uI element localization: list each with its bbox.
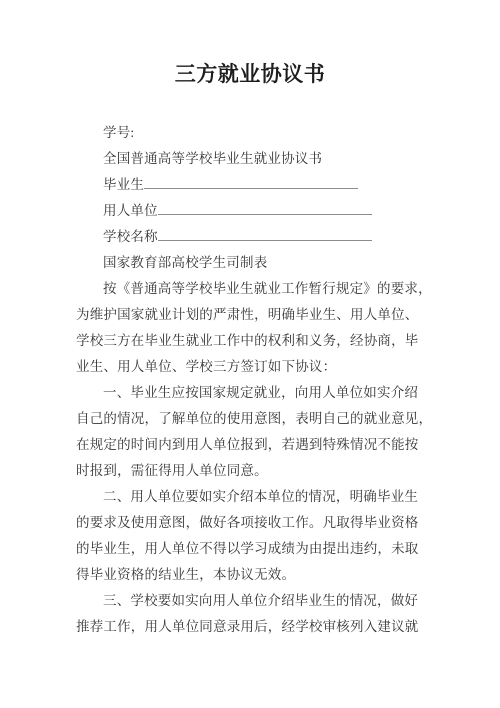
employer-blank-underline (158, 199, 372, 215)
text-line: 推荐工作，用人单位同意录用后，经学校审核列入建议就 (76, 614, 448, 640)
text-line: 的要求及使用意图，做好各项接收工作。凡取得毕业资格 (76, 510, 448, 536)
graduate-blank-underline (144, 173, 358, 189)
text-line: 的毕业生，用人单位不得以学习成绩为由提出违约，未取 (76, 536, 448, 562)
text-line: 在规定的时间内到用人单位报到，若遇到特殊情况不能按 (76, 432, 448, 458)
school-name-field-row: 学校名称 (76, 224, 448, 250)
text-line: 业生、用人单位、学校三方签订如下协议： (76, 354, 448, 380)
text-line: 学号: (76, 120, 448, 146)
text-line: 为维护国家就业计划的严肃性，明确毕业生、用人单位、 (76, 302, 448, 328)
text-line: 得毕业资格的结业生，本协议无效。 (76, 562, 448, 588)
text-line: 一、毕业生应按国家规定就业，向用人单位如实介绍 (76, 380, 448, 406)
document-page: 三方就业协议书 学号:全国普通高等学校毕业生就业协议书毕业生用人单位学校名称国家… (0, 0, 500, 708)
graduate-field-row: 毕业生 (76, 172, 448, 198)
school-name-field-label: 学校名称 (103, 224, 158, 250)
employer-field-label: 用人单位 (103, 198, 158, 224)
text-line: 时报到，需征得用人单位同意。 (76, 458, 448, 484)
document-title: 三方就业协议书 (0, 62, 500, 86)
text-line: 全国普通高等学校毕业生就业协议书 (76, 146, 448, 172)
text-line: 自己的情况，了解单位的使用意图，表明自己的就业意见， (76, 406, 448, 432)
school-name-blank-underline (158, 225, 372, 241)
text-line: 国家教育部高校学生司制表 (76, 250, 448, 276)
text-line: 二、用人单位要如实介绍本单位的情况，明确毕业生 (76, 484, 448, 510)
document-body: 学号:全国普通高等学校毕业生就业协议书毕业生用人单位学校名称国家教育部高校学生司… (76, 120, 448, 640)
employer-field-row: 用人单位 (76, 198, 448, 224)
text-line: 三、学校要如实向用人单位介绍毕业生的情况，做好 (76, 588, 448, 614)
graduate-field-label: 毕业生 (103, 172, 144, 198)
text-line: 学校三方在毕业生就业工作中的权利和义务，经协商，毕 (76, 328, 448, 354)
text-line: 按《普通高等学校毕业生就业工作暂行规定》的要求， (76, 276, 448, 302)
